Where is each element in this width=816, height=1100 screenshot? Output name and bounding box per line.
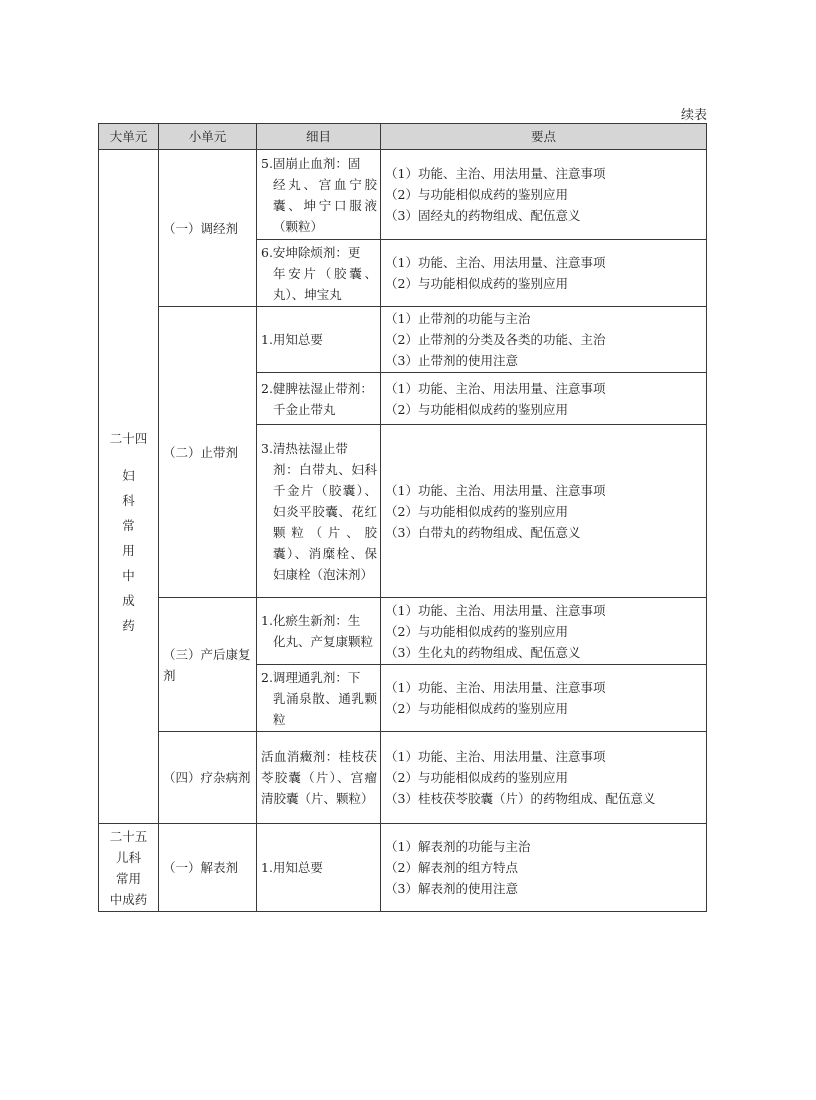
detail-cell: 3.清热祛湿止带剂：白带丸、妇科千金片（胶囊）、妇炎平胶囊、花红颗粒（片、胶囊）… <box>257 425 381 598</box>
point: （1）解表剂的功能与主治 <box>385 836 702 857</box>
big-unit-line: 儿科 <box>103 847 154 868</box>
big-unit-line: 二十五 <box>103 826 154 847</box>
table-row: （二）止带剂 1.用知总要 （1）止带剂的功能与主治 （2）止带剂的分类及各类的… <box>99 307 707 373</box>
detail-cell: 6.安坤除烦剂：更年安片（胶囊、丸）、坤宝丸 <box>257 240 381 307</box>
char: 妇 <box>103 463 154 488</box>
detail-cell: 2.调理通乳剂：下乳涌泉散、通乳颗粒 <box>257 665 381 732</box>
point: （1）功能、主治、用法用量、注意事项 <box>385 600 702 621</box>
point: （1）功能、主治、用法用量、注意事项 <box>385 163 702 184</box>
point: （2）止带剂的分类及各类的功能、主治 <box>385 329 702 350</box>
detail-cell: 1.化瘀生新剂：生化丸、产复康颗粒 <box>257 598 381 665</box>
point: （3）解表剂的使用注意 <box>385 878 702 899</box>
point: （2）与功能相似成药的鉴别应用 <box>385 399 702 420</box>
sub-unit-cell: （二）止带剂 <box>159 307 257 598</box>
detail-cell: 活血消癥剂：桂枝茯苓胶囊（片）、宫瘤清胶囊（片、颗粒） <box>257 732 381 824</box>
big-unit-24-label: 二十四 妇 科 常 用 中 成 药 <box>103 336 154 638</box>
points-cell: （1）功能、主治、用法用量、注意事项 （2）与功能相似成药的鉴别应用 （3）生化… <box>381 598 707 665</box>
char: 常 <box>103 513 154 538</box>
points-cell: （1）功能、主治、用法用量、注意事项 （2）与功能相似成药的鉴别应用 <box>381 373 707 425</box>
point: （1）功能、主治、用法用量、注意事项 <box>385 378 702 399</box>
sub-unit-cell: （一）解表剂 <box>159 824 257 912</box>
char: 用 <box>103 538 154 563</box>
char: 科 <box>103 488 154 513</box>
char: 成 <box>103 588 154 613</box>
big-unit-24: 二十四 妇 科 常 用 中 成 药 <box>99 150 159 824</box>
detail-text-cont: 经丸、宫血宁胶囊、坤宁口服液（颗粒） <box>261 174 377 237</box>
point: （2）与功能相似成药的鉴别应用 <box>385 184 702 205</box>
big-unit-line: 常用 <box>103 868 154 889</box>
detail-text: 5.固崩止血剂：固 <box>261 153 377 174</box>
points-cell: （1）功能、主治、用法用量、注意事项 （2）与功能相似成药的鉴别应用 <box>381 665 707 732</box>
header-detail: 细目 <box>257 124 381 150</box>
sub-unit-cell: （四）疗杂病剂 <box>159 732 257 824</box>
point: （1）功能、主治、用法用量、注意事项 <box>385 677 702 698</box>
point: （3）白带丸的药物组成、配伍意义 <box>385 522 702 543</box>
point: （1）功能、主治、用法用量、注意事项 <box>385 746 702 767</box>
detail-cell: 1.用知总要 <box>257 824 381 912</box>
big-unit-line: 中成药 <box>103 889 154 910</box>
detail-text: 1.用知总要 <box>261 857 377 878</box>
point: （2）与功能相似成药的鉴别应用 <box>385 273 702 294</box>
point: （3）固经丸的药物组成、配伍意义 <box>385 205 702 226</box>
header-sub-unit: 小单元 <box>159 124 257 150</box>
char: 药 <box>103 613 154 638</box>
detail-text-cont: 千金止带丸 <box>261 399 377 420</box>
points-cell: （1）功能、主治、用法用量、注意事项 （2）与功能相似成药的鉴别应用 （3）固经… <box>381 150 707 240</box>
point: （2）与功能相似成药的鉴别应用 <box>385 621 702 642</box>
point: （3）止带剂的使用注意 <box>385 350 702 371</box>
point: （3）生化丸的药物组成、配伍意义 <box>385 642 702 663</box>
table-row: （四）疗杂病剂 活血消癥剂：桂枝茯苓胶囊（片）、宫瘤清胶囊（片、颗粒） （1）功… <box>99 732 707 824</box>
points-cell: （1）功能、主治、用法用量、注意事项 （2）与功能相似成药的鉴别应用 <box>381 240 707 307</box>
detail-cell: 5.固崩止血剂：固经丸、宫血宁胶囊、坤宁口服液（颗粒） <box>257 150 381 240</box>
points-cell: （1）止带剂的功能与主治 （2）止带剂的分类及各类的功能、主治 （3）止带剂的使… <box>381 307 707 373</box>
detail-text: 1.化瘀生新剂：生 <box>261 610 377 631</box>
point: （1）功能、主治、用法用量、注意事项 <box>385 252 702 273</box>
detail-cell: 1.用知总要 <box>257 307 381 373</box>
points-cell: （1）功能、主治、用法用量、注意事项 （2）与功能相似成药的鉴别应用 （3）桂枝… <box>381 732 707 824</box>
detail-text-cont: 化丸、产复康颗粒 <box>261 631 377 652</box>
point: （2）与功能相似成药的鉴别应用 <box>385 501 702 522</box>
detail-text: 活血消癥剂：桂枝茯苓胶囊（片）、宫瘤清胶囊（片、颗粒） <box>261 746 377 809</box>
char: 中 <box>103 563 154 588</box>
table-row: 二十四 妇 科 常 用 中 成 药 （一）调经剂 5.固崩止血剂：固经丸、宫血宁… <box>99 150 707 240</box>
table-row: 二十五 儿科 常用 中成药 （一）解表剂 1.用知总要 （1）解表剂的功能与主治… <box>99 824 707 912</box>
point: （2）解表剂的组方特点 <box>385 857 702 878</box>
points-cell: （1）功能、主治、用法用量、注意事项 （2）与功能相似成药的鉴别应用 （3）白带… <box>381 425 707 598</box>
table-row: （三）产后康复剂 1.化瘀生新剂：生化丸、产复康颗粒 （1）功能、主治、用法用量… <box>99 598 707 665</box>
detail-text: 2.健脾祛湿止带剂： <box>261 378 377 399</box>
point: （3）桂枝茯苓胶囊（片）的药物组成、配伍意义 <box>385 788 702 809</box>
point: （1）功能、主治、用法用量、注意事项 <box>385 480 702 501</box>
detail-text-cont: 剂：白带丸、妇科千金片（胶囊）、妇炎平胶囊、花红颗粒（片、胶囊）、消糜栓、保妇康… <box>261 459 377 585</box>
detail-text: 2.调理通乳剂：下 <box>261 667 377 688</box>
detail-text: 6.安坤除烦剂：更 <box>261 242 377 263</box>
detail-text-cont: 年安片（胶囊、丸）、坤宝丸 <box>261 263 377 305</box>
point: （2）与功能相似成药的鉴别应用 <box>385 698 702 719</box>
points-cell: （1）解表剂的功能与主治 （2）解表剂的组方特点 （3）解表剂的使用注意 <box>381 824 707 912</box>
syllabus-table: 大单元 小单元 细目 要点 二十四 妇 科 常 用 中 成 药 <box>98 123 707 912</box>
header-key-points: 要点 <box>381 124 707 150</box>
detail-text: 3.清热祛湿止带 <box>261 438 377 459</box>
header-row: 大单元 小单元 细目 要点 <box>99 124 707 150</box>
sub-unit-cell: （一）调经剂 <box>159 150 257 307</box>
detail-text: 1.用知总要 <box>261 329 377 350</box>
point: （1）止带剂的功能与主治 <box>385 308 702 329</box>
big-unit-25: 二十五 儿科 常用 中成药 <box>99 824 159 912</box>
detail-text-cont: 乳涌泉散、通乳颗粒 <box>261 688 377 730</box>
big-unit-name: 妇 科 常 用 中 成 药 <box>103 463 154 638</box>
table-caption: 续表 <box>640 104 707 123</box>
sub-unit-cell: （三）产后康复剂 <box>159 598 257 732</box>
point: （2）与功能相似成药的鉴别应用 <box>385 767 702 788</box>
detail-cell: 2.健脾祛湿止带剂：千金止带丸 <box>257 373 381 425</box>
header-big-unit: 大单元 <box>99 124 159 150</box>
big-unit-number: 二十四 <box>103 428 154 449</box>
